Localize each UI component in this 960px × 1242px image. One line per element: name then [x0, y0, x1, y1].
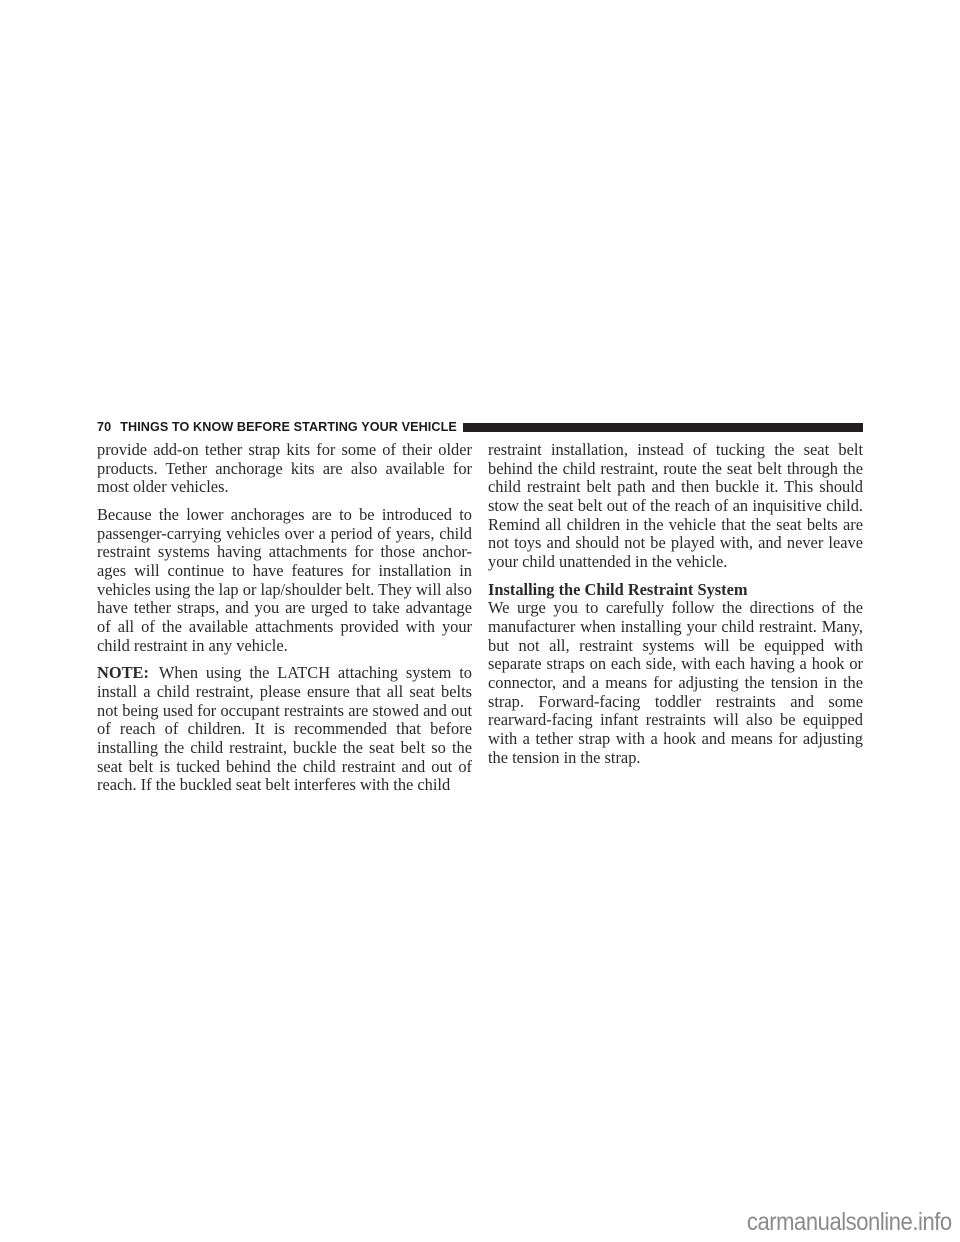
note-paragraph: NOTE:When using the LATCH attaching syst… [97, 664, 472, 795]
header-rule-bar [463, 423, 863, 432]
watermark-text: carmanualsonline.info [747, 1208, 952, 1237]
paragraph-installing: We urge you to carefully follow the dire… [488, 599, 863, 767]
section-heading: Installing the Child Restraint System [488, 581, 863, 600]
paragraph-continuation: restraint installation, instead of tucki… [488, 441, 863, 572]
note-label: NOTE: [97, 663, 149, 682]
page-header: 70 THINGS TO KNOW BEFORE STARTING YOUR V… [97, 418, 863, 436]
paragraph-tether-kits: provide add-on tether strap kits for som… [97, 441, 472, 497]
right-column: restraint installation, instead of tucki… [488, 441, 863, 767]
section-title: THINGS TO KNOW BEFORE STARTING YOUR VEHI… [120, 420, 457, 434]
left-column: provide add-on tether strap kits for som… [97, 441, 472, 795]
page-number: 70 [97, 420, 111, 434]
paragraph-lower-anchorages: Because the lower anchorages are to be i… [97, 506, 472, 655]
note-text: When using the LATCH attaching system to… [97, 663, 472, 794]
